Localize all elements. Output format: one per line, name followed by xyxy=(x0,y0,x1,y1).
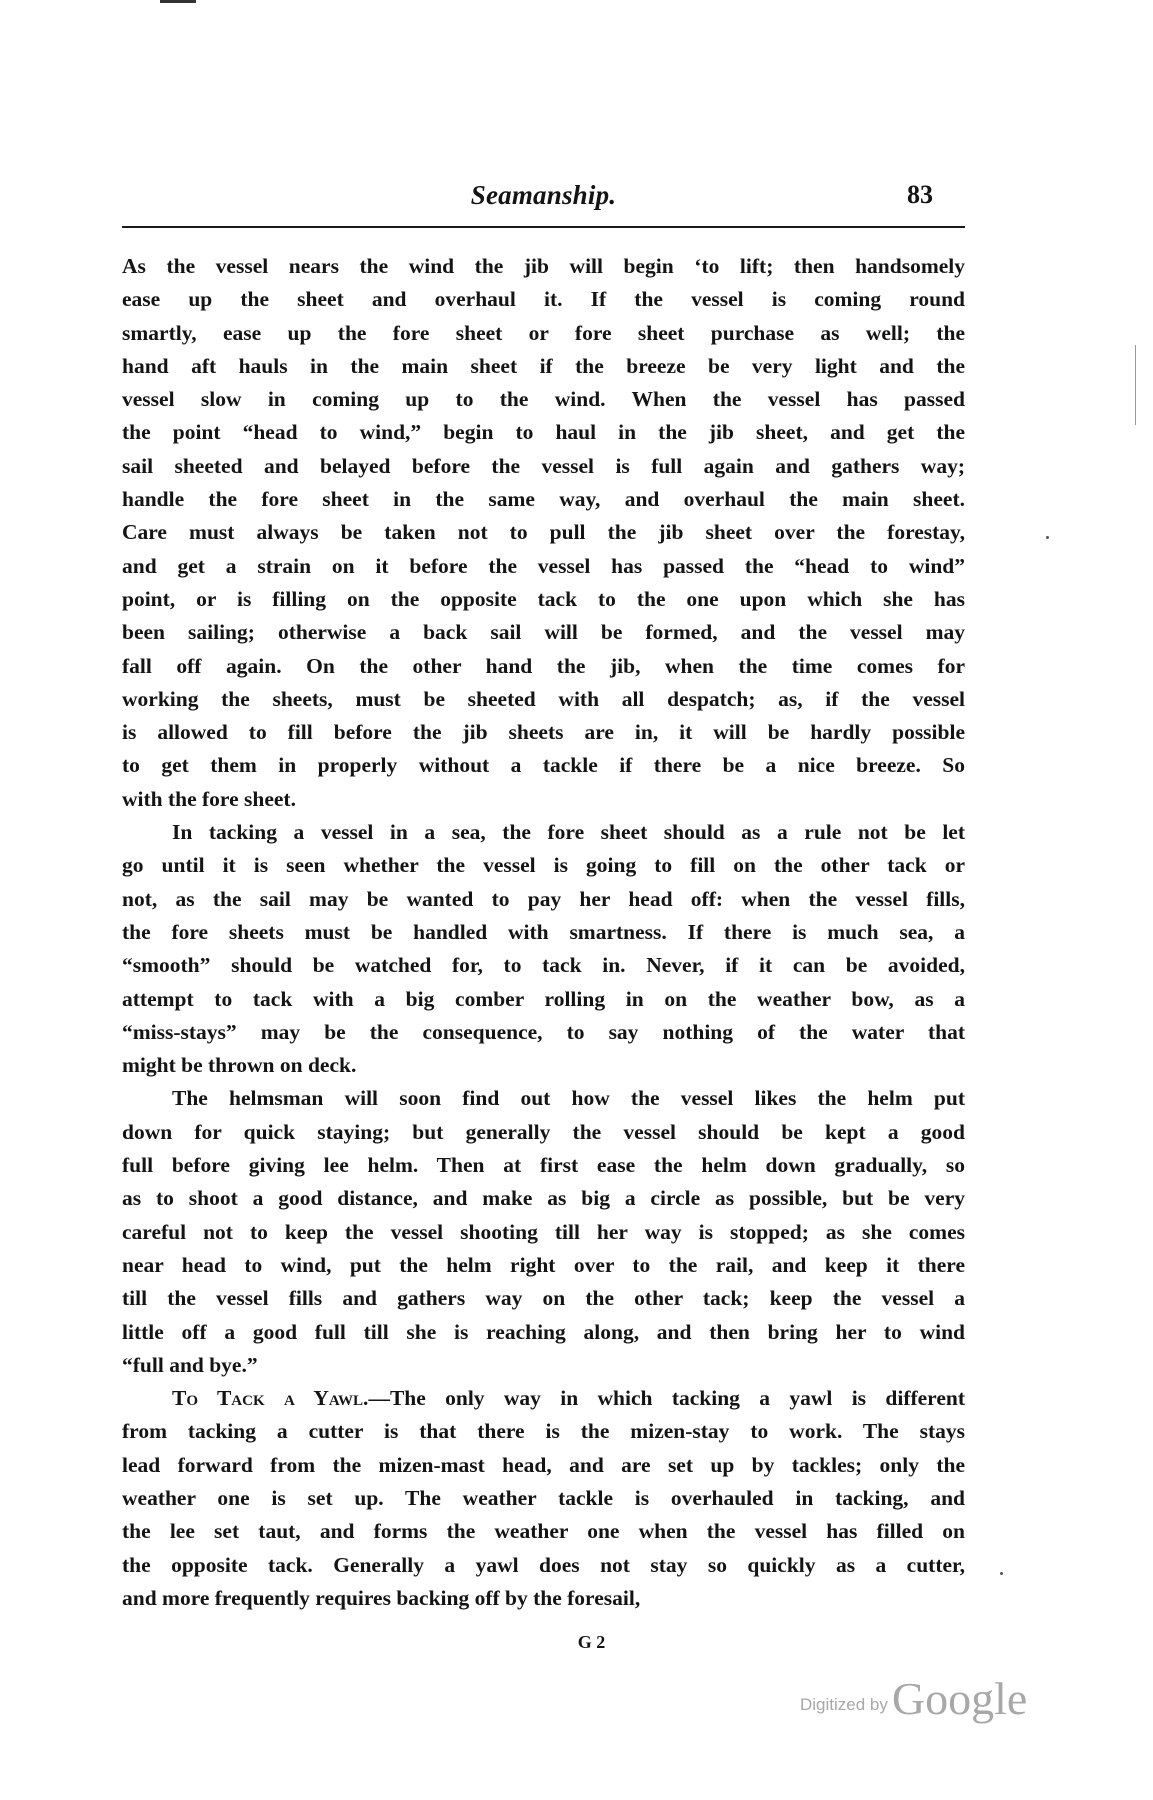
scan-artifact xyxy=(160,0,196,3)
signature-mark: G 2 xyxy=(0,1632,1153,1653)
section-line: To Tack a Yawl.—The only way in which ta… xyxy=(122,1382,965,1415)
page-number: 83 xyxy=(907,180,933,210)
scan-margin-artifact xyxy=(1135,345,1136,425)
scan-speck xyxy=(1000,1572,1003,1575)
text-line: point, or is filling on the opposite tac… xyxy=(122,583,965,616)
text-line: with the fore sheet. xyxy=(122,783,965,816)
text-line: to get them in properly without a tackle… xyxy=(122,749,965,782)
google-logo: Google xyxy=(892,1673,1027,1724)
text-line: the lee set taut, and forms the weather … xyxy=(122,1515,965,1548)
text-line: the point “head to wind,” begin to haul … xyxy=(122,416,965,449)
text-line: hand aft hauls in the main sheet if the … xyxy=(122,350,965,383)
text-line: weather one is set up. The weather tackl… xyxy=(122,1482,965,1515)
text-line: might be thrown on deck. xyxy=(122,1049,965,1082)
body-text: As the vessel nears the wind the jib wil… xyxy=(122,250,965,1615)
text-line: Care must always be taken not to pull th… xyxy=(122,516,965,549)
header-rule xyxy=(122,226,965,228)
text-line: The helmsman will soon find out how the … xyxy=(122,1082,965,1115)
text-line: “smooth” should be watched for, to tack … xyxy=(122,949,965,982)
text-line: the fore sheets must be handled with sma… xyxy=(122,916,965,949)
text-line: As the vessel nears the wind the jib wil… xyxy=(122,250,965,283)
text-line: and more frequently requires backing off… xyxy=(122,1582,965,1615)
text-line: and get a strain on it before the vessel… xyxy=(122,550,965,583)
text-line: —The only way in which tacking a yawl is… xyxy=(368,1386,965,1410)
text-line: not, as the sail may be wanted to pay he… xyxy=(122,883,965,916)
watermark: Digitized byGoogle xyxy=(800,1672,1027,1725)
text-line: down for quick staying; but generally th… xyxy=(122,1116,965,1149)
text-line: smartly, ease up the fore sheet or fore … xyxy=(122,317,965,350)
text-line: vessel slow in coming up to the wind. Wh… xyxy=(122,383,965,416)
text-line: is allowed to fill before the jib sheets… xyxy=(122,716,965,749)
text-line: careful not to keep the vessel shooting … xyxy=(122,1216,965,1249)
text-line: full before giving lee helm. Then at fir… xyxy=(122,1149,965,1182)
text-line: as to shoot a good distance, and make as… xyxy=(122,1182,965,1215)
text-line: In tacking a vessel in a sea, the fore s… xyxy=(122,816,965,849)
text-line: been sailing; otherwise a back sail will… xyxy=(122,616,965,649)
text-line: the opposite tack. Generally a yawl does… xyxy=(122,1549,965,1582)
text-line: “miss-stays” may be the consequence, to … xyxy=(122,1016,965,1049)
text-line: working the sheets, must be sheeted with… xyxy=(122,683,965,716)
text-line: fall off again. On the other hand the ji… xyxy=(122,650,965,683)
text-line: near head to wind, put the helm right ov… xyxy=(122,1249,965,1282)
text-line: till the vessel fills and gathers way on… xyxy=(122,1282,965,1315)
text-line: lead forward from the mizen-mast head, a… xyxy=(122,1449,965,1482)
text-line: sail sheeted and belayed before the vess… xyxy=(122,450,965,483)
text-line: from tacking a cutter is that there is t… xyxy=(122,1415,965,1448)
text-line: attempt to tack with a big comber rollin… xyxy=(122,983,965,1016)
running-title: Seamanship. xyxy=(122,180,965,211)
watermark-prefix: Digitized by xyxy=(800,1695,888,1714)
text-line: “full and bye.” xyxy=(122,1349,965,1382)
text-line: little off a good full till she is reach… xyxy=(122,1316,965,1349)
running-head: Seamanship. 83 xyxy=(122,180,965,214)
section-heading: To Tack a Yawl. xyxy=(172,1386,368,1410)
text-line: go until it is seen whether the vessel i… xyxy=(122,849,965,882)
scan-speck xyxy=(1046,536,1049,539)
text-line: ease up the sheet and overhaul it. If th… xyxy=(122,283,965,316)
text-line: handle the fore sheet in the same way, a… xyxy=(122,483,965,516)
